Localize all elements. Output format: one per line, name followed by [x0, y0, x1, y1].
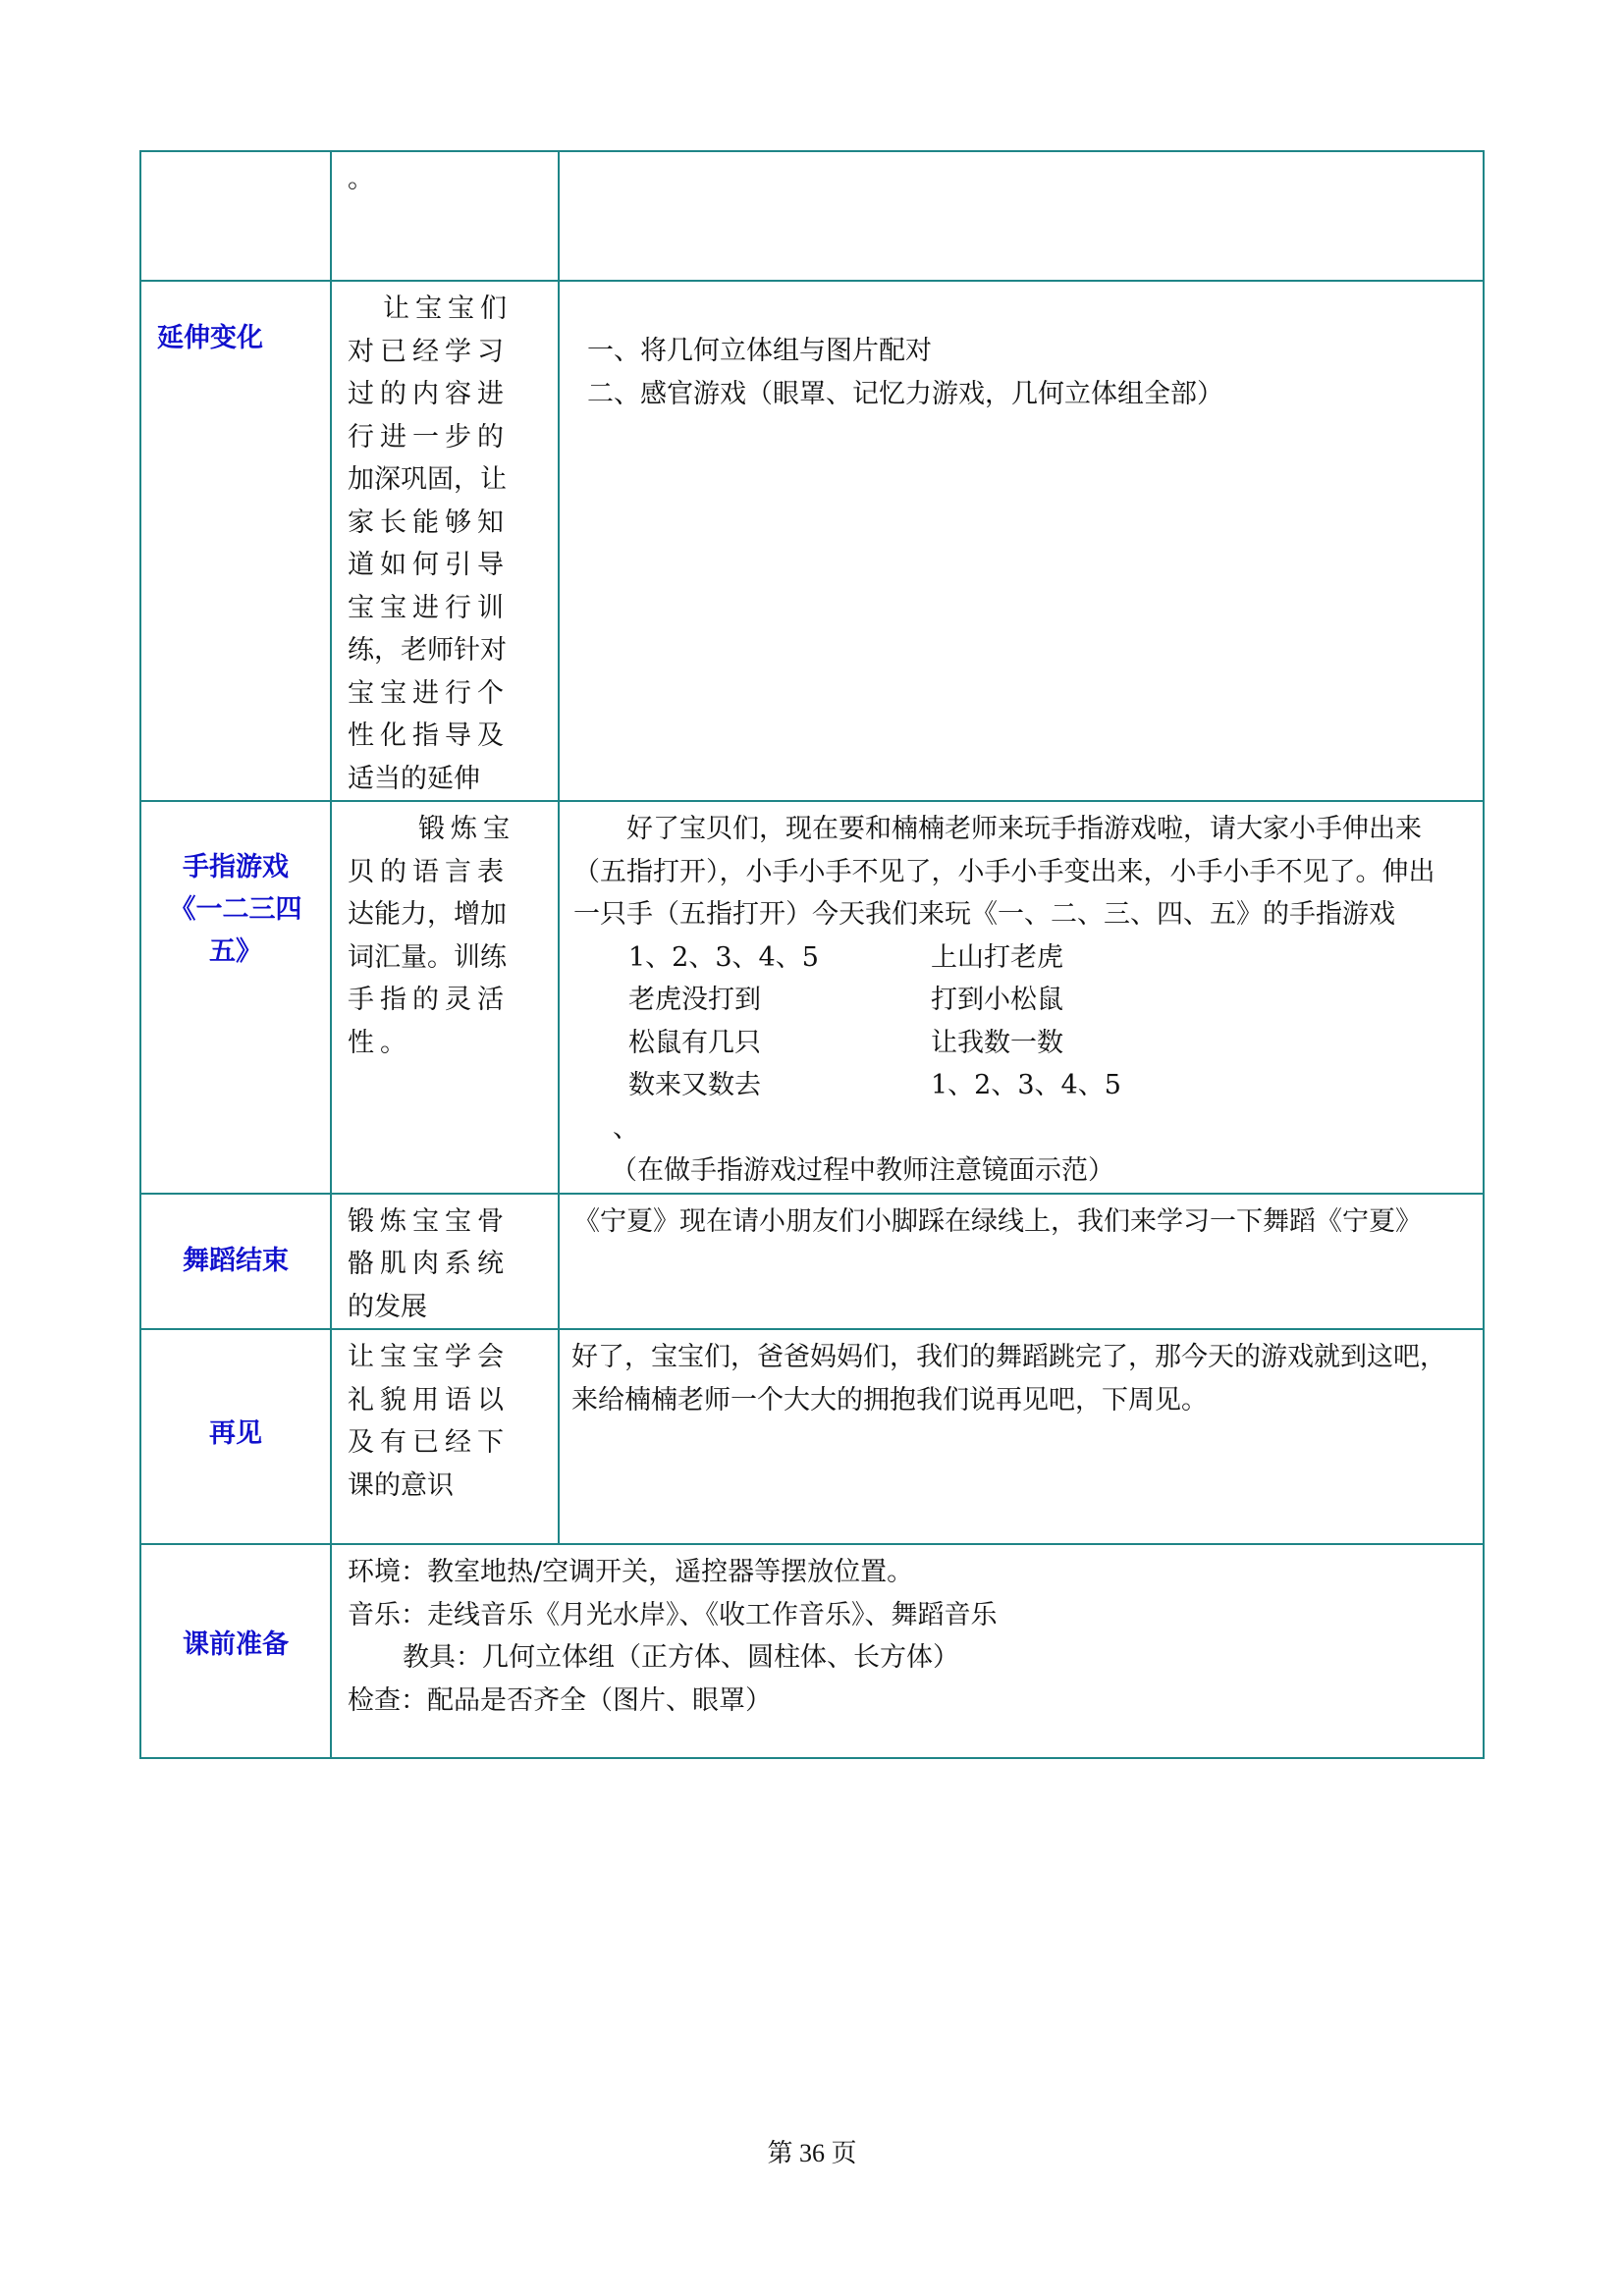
goal-text: 礼貌用语以 — [348, 1379, 544, 1422]
goal-text: 词汇量。训练 — [348, 936, 544, 980]
content-cell: 好了，宝宝们，爸爸妈妈们，我们的舞蹈跳完了，那今天的游戏就到这吧， 来给楠楠老师… — [559, 1329, 1484, 1544]
rhyme-line: 老虎没打到打到小松鼠 — [573, 979, 1471, 1022]
prep-check: 检查：配品是否齐全（图片、眼罩） — [348, 1680, 1471, 1723]
content-text: 《宁夏》现在请小朋友们小脚踩在绿线上，我们来学习一下舞蹈《宁夏》 — [573, 1201, 1471, 1244]
goal-text: 适当的延伸 — [348, 758, 544, 801]
section-title: 延伸变化 — [157, 323, 263, 353]
section-title: 再见 — [209, 1418, 262, 1449]
section-title: 舞蹈结束 — [183, 1246, 289, 1276]
goal-text: 。 — [348, 158, 544, 201]
section-title: 课前准备 — [183, 1629, 289, 1660]
table-row: 。 — [140, 151, 1484, 281]
goal-cell: 锻炼宝宝骨 骼肌肉系统 的发展 — [331, 1194, 559, 1330]
stray-mark: 、 — [573, 1107, 1471, 1150]
teacher-note: （在做手指游戏过程中教师注意镜面示范） — [573, 1149, 1471, 1193]
section-title: 五》 — [141, 931, 330, 973]
content-text: 一、将几何立体组与图片配对 — [587, 330, 1471, 373]
goal-text: 宝宝进行训 — [348, 587, 544, 630]
goal-text: 课的意识 — [348, 1465, 544, 1508]
goal-text: 练，老师针对 — [348, 629, 544, 672]
goal-text: 锻炼宝 — [348, 808, 544, 851]
section-title-cell — [140, 151, 331, 281]
rhyme-line: 数来又数去1、2、3、4、5 — [573, 1064, 1471, 1107]
goal-cell: 。 — [331, 151, 559, 281]
section-title-cell: 再见 — [140, 1329, 331, 1544]
content-text: 来给楠楠老师一个大大的拥抱我们说再见吧，下周见。 — [571, 1379, 1471, 1422]
goal-text: 让宝宝学会 — [348, 1336, 544, 1379]
content-text: 好了宝贝们，现在要和楠楠老师来玩手指游戏啦，请大家小手伸出来 — [573, 808, 1471, 851]
goal-text: 锻炼宝宝骨 — [348, 1201, 544, 1244]
goal-text: 过的内容进 — [348, 373, 544, 416]
content-cell: 好了宝贝们，现在要和楠楠老师来玩手指游戏啦，请大家小手伸出来 （五指打开），小手… — [559, 801, 1484, 1194]
content-text: 二、感官游戏（眼罩、记忆力游戏，几何立体组全部） — [587, 373, 1471, 416]
table-row: 延伸变化 让宝宝们 对已经学习 过的内容进 行进一步的 加深巩固，让 家长能够知… — [140, 281, 1484, 801]
goal-text: 手指的灵活 — [348, 979, 544, 1022]
rhyme-line: 松鼠有几只让我数一数 — [573, 1022, 1471, 1065]
goal-text: 性化指导及 — [348, 715, 544, 758]
content-text: （五指打开），小手小手不见了，小手小手变出来，小手小手不见了。伸出 — [573, 851, 1471, 894]
goal-text: 性。 — [348, 1022, 544, 1065]
prep-materials: 教具：几何立体组（正方体、圆柱体、长方体） — [348, 1636, 1471, 1680]
goal-text: 贝的语言表 — [348, 851, 544, 894]
rhyme-line: 1、2、3、4、5上山打老虎 — [573, 936, 1471, 980]
section-title: 手指游戏 — [141, 846, 330, 888]
content-cell — [559, 151, 1484, 281]
goal-text: 的发展 — [348, 1286, 544, 1329]
goal-text: 对已经学习 — [348, 331, 544, 374]
goal-text: 骼肌肉系统 — [348, 1243, 544, 1286]
goal-text: 加深巩固，让 — [348, 458, 544, 502]
prep-cell: 环境：教室地热/空调开关，遥控器等摆放位置。 音乐：走线音乐《月光水岸》、《收工… — [331, 1544, 1484, 1758]
section-title-cell: 手指游戏 《一二三四 五》 — [140, 801, 331, 1194]
goal-text: 达能力，增加 — [348, 893, 544, 936]
goal-text: 行进一步的 — [348, 416, 544, 459]
goal-text: 让宝宝们 — [348, 288, 544, 331]
section-title-cell: 舞蹈结束 — [140, 1194, 331, 1330]
section-title-cell: 课前准备 — [140, 1544, 331, 1758]
goal-cell: 锻炼宝 贝的语言表 达能力，增加 词汇量。训练 手指的灵活 性。 — [331, 801, 559, 1194]
content-cell: 一、将几何立体组与图片配对 二、感官游戏（眼罩、记忆力游戏，几何立体组全部） — [559, 281, 1484, 801]
goal-text: 道如何引导 — [348, 544, 544, 587]
lesson-plan-table: 。 延伸变化 让宝宝们 对已经学习 过的内容进 行进一步的 加深巩固，让 家长能… — [139, 150, 1485, 1759]
goal-cell: 让宝宝学会 礼貌用语以 及有已经下 课的意识 — [331, 1329, 559, 1544]
goal-cell: 让宝宝们 对已经学习 过的内容进 行进一步的 加深巩固，让 家长能够知 道如何引… — [331, 281, 559, 801]
section-title: 《一二三四 — [141, 888, 330, 931]
table-row: 手指游戏 《一二三四 五》 锻炼宝 贝的语言表 达能力，增加 词汇量。训练 手指… — [140, 801, 1484, 1194]
table-row: 课前准备 环境：教室地热/空调开关，遥控器等摆放位置。 音乐：走线音乐《月光水岸… — [140, 1544, 1484, 1758]
goal-text: 家长能够知 — [348, 502, 544, 545]
prep-environment: 环境：教室地热/空调开关，遥控器等摆放位置。 — [348, 1551, 1471, 1594]
goal-text: 及有已经下 — [348, 1421, 544, 1465]
goal-text: 宝宝进行个 — [348, 672, 544, 716]
section-title-cell: 延伸变化 — [140, 281, 331, 801]
table-row: 舞蹈结束 锻炼宝宝骨 骼肌肉系统 的发展 《宁夏》现在请小朋友们小脚踩在绿线上，… — [140, 1194, 1484, 1330]
content-text: 一只手（五指打开）今天我们来玩《一、二、三、四、五》的手指游戏 — [573, 893, 1471, 936]
page-number: 第 36 页 — [0, 2133, 1624, 2169]
prep-music: 音乐：走线音乐《月光水岸》、《收工作音乐》、舞蹈音乐 — [348, 1594, 1471, 1637]
content-cell: 《宁夏》现在请小朋友们小脚踩在绿线上，我们来学习一下舞蹈《宁夏》 — [559, 1194, 1484, 1330]
content-text: 好了，宝宝们，爸爸妈妈们，我们的舞蹈跳完了，那今天的游戏就到这吧， — [571, 1336, 1471, 1379]
table-row: 再见 让宝宝学会 礼貌用语以 及有已经下 课的意识 好了，宝宝们，爸爸妈妈们，我… — [140, 1329, 1484, 1544]
